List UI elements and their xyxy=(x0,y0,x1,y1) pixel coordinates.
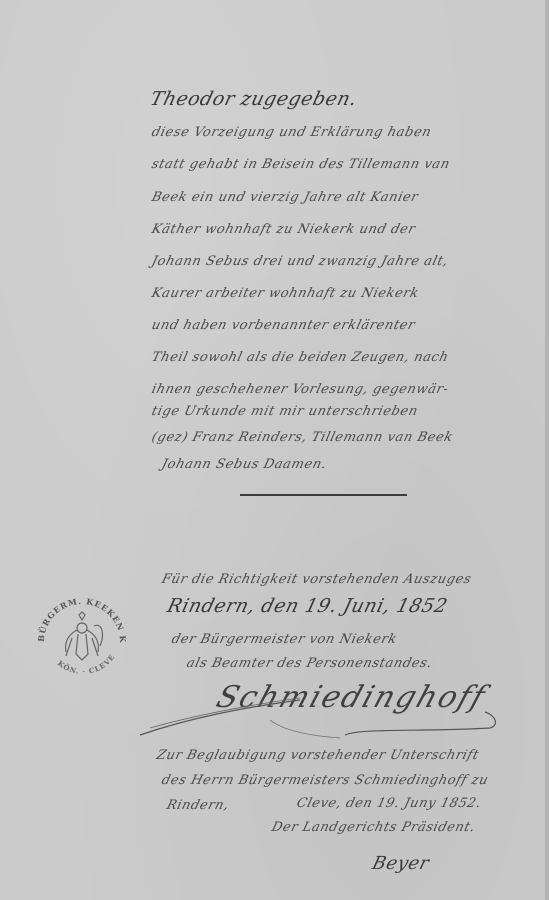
prussian-eagle-icon: BÜRGERM. KEEKEN KR. KÖN. · CLEVE. xyxy=(32,590,132,686)
official-stamp: BÜRGERM. KEEKEN KR. KÖN. · CLEVE. xyxy=(32,590,132,686)
legalization-line-4: Cleve, den 19. Juny 1852. xyxy=(295,796,483,811)
certification-line-2: Rindern, den 19. Juni, 1852 xyxy=(165,595,450,617)
record-line-12: (gez) Franz Reinders, Tillemann van Beek xyxy=(150,430,455,445)
legalization-line-1: Zur Beglaubigung vorstehender Unterschri… xyxy=(155,748,481,763)
record-line-4: Beek ein und vierzig Jahre alt Kanier xyxy=(150,190,420,205)
record-line-7: Kaurer arbeiter wohnhaft zu Niekerk xyxy=(150,286,420,301)
certification-line-1: Für die Richtigkeit vorstehenden Auszuge… xyxy=(160,572,473,587)
record-line-13: Johann Sebus Daamen. xyxy=(160,457,328,472)
mayor-signature: Schmiedinghoff xyxy=(212,680,491,715)
record-line-9: Theil sowohl als die beiden Zeugen, nach xyxy=(150,350,450,365)
legalization-line-2: des Herrn Bürgermeisters Schmiedinghoff … xyxy=(160,773,490,788)
legalization-line-3: Rindern, xyxy=(165,798,231,813)
document-page: Theodor zugegeben. diese Vorzeigung und … xyxy=(0,0,549,900)
record-line-5: Käther wohnhaft zu Niekerk und der xyxy=(150,222,417,237)
record-line-8: und haben vorbenannter erklärenter xyxy=(150,318,417,333)
page-edge xyxy=(545,0,549,900)
record-line-2: diese Vorzeigung und Erklärung haben xyxy=(150,125,433,140)
record-line-6: Johann Sebus drei und zwanzig Jahre alt, xyxy=(150,254,450,269)
record-line-1: Theodor zugegeben. xyxy=(148,88,360,110)
divider-rule xyxy=(240,494,407,496)
legalization-line-5: Der Landgerichts Präsident. xyxy=(270,820,477,835)
record-line-11: tige Urkunde mit mir unterschrieben xyxy=(150,404,420,419)
certification-line-3: der Bürgermeister von Niekerk xyxy=(170,632,399,647)
president-signature: Beyer xyxy=(370,853,432,874)
certification-line-4: als Beamter des Personenstandes. xyxy=(185,656,434,671)
record-line-10: ihnen geschehener Vorlesung, gegenwär- xyxy=(150,382,450,397)
record-line-3: statt gehabt in Beisein des Tillemann va… xyxy=(150,157,452,172)
